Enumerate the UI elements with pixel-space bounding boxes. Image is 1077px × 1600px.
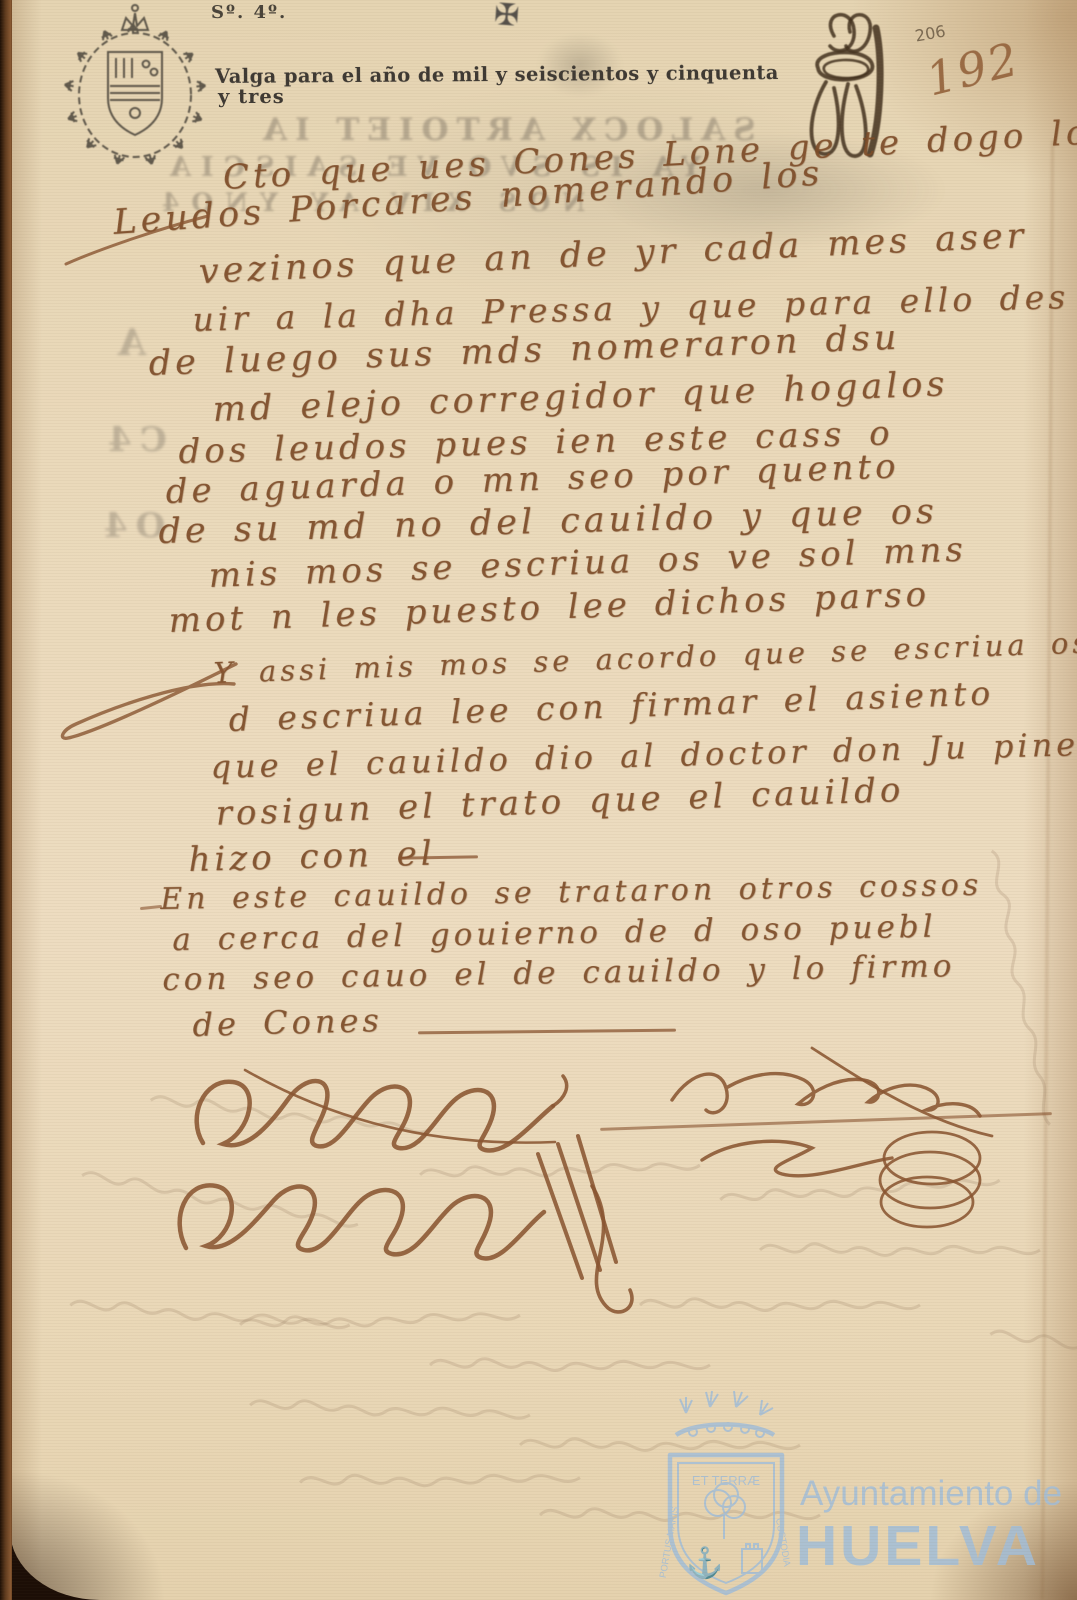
royal-arms-stamp-icon	[58, 0, 212, 172]
ghost-margin-cap: C4	[100, 420, 167, 460]
ghost-margin-cap: A	[110, 322, 146, 364]
svg-text:PORTUS MARIS: PORTUS MARIS	[658, 1506, 681, 1579]
signature-right	[662, 1040, 1004, 1242]
binding-edge	[0, 0, 12, 1600]
huelva-watermark: ET TERRÆ PORTUS MARIS CUSTODIA ⚓ Ayuntam…	[648, 1383, 1074, 1597]
archive-photo-frame: SALOCX ARTOIET IA YA IS SVO VE SAISCIA N…	[0, 0, 1077, 1600]
svg-text:ET TERRÆ: ET TERRÆ	[692, 1473, 760, 1488]
manuscript-line: de Cones	[192, 1001, 383, 1044]
printed-validity-line: y tres	[218, 85, 285, 108]
cross-icon: ✠	[493, 0, 521, 34]
paragraph-y-flourish	[56, 652, 240, 750]
signature-left-lower	[172, 1128, 654, 1314]
svg-text:⚓: ⚓	[686, 1545, 723, 1580]
lead-in-flourish	[62, 208, 212, 268]
printed-validity-line: Valga para el año de mil y seiscientos y…	[215, 61, 779, 88]
manuscript-line: hizo con el	[188, 834, 436, 880]
huelva-crest-icon: ET TERRÆ PORTUS MARIS CUSTODIA ⚓	[658, 1391, 793, 1593]
watermark-org-line1: Ayuntamiento de	[800, 1474, 1062, 1513]
watermark-org-line2: HUELVA	[796, 1514, 1040, 1578]
series-mark: Sº. 4º.	[211, 2, 287, 23]
ghost-margin-cap: O4	[96, 506, 165, 546]
svg-text:CUSTODIA: CUSTODIA	[773, 1517, 792, 1568]
